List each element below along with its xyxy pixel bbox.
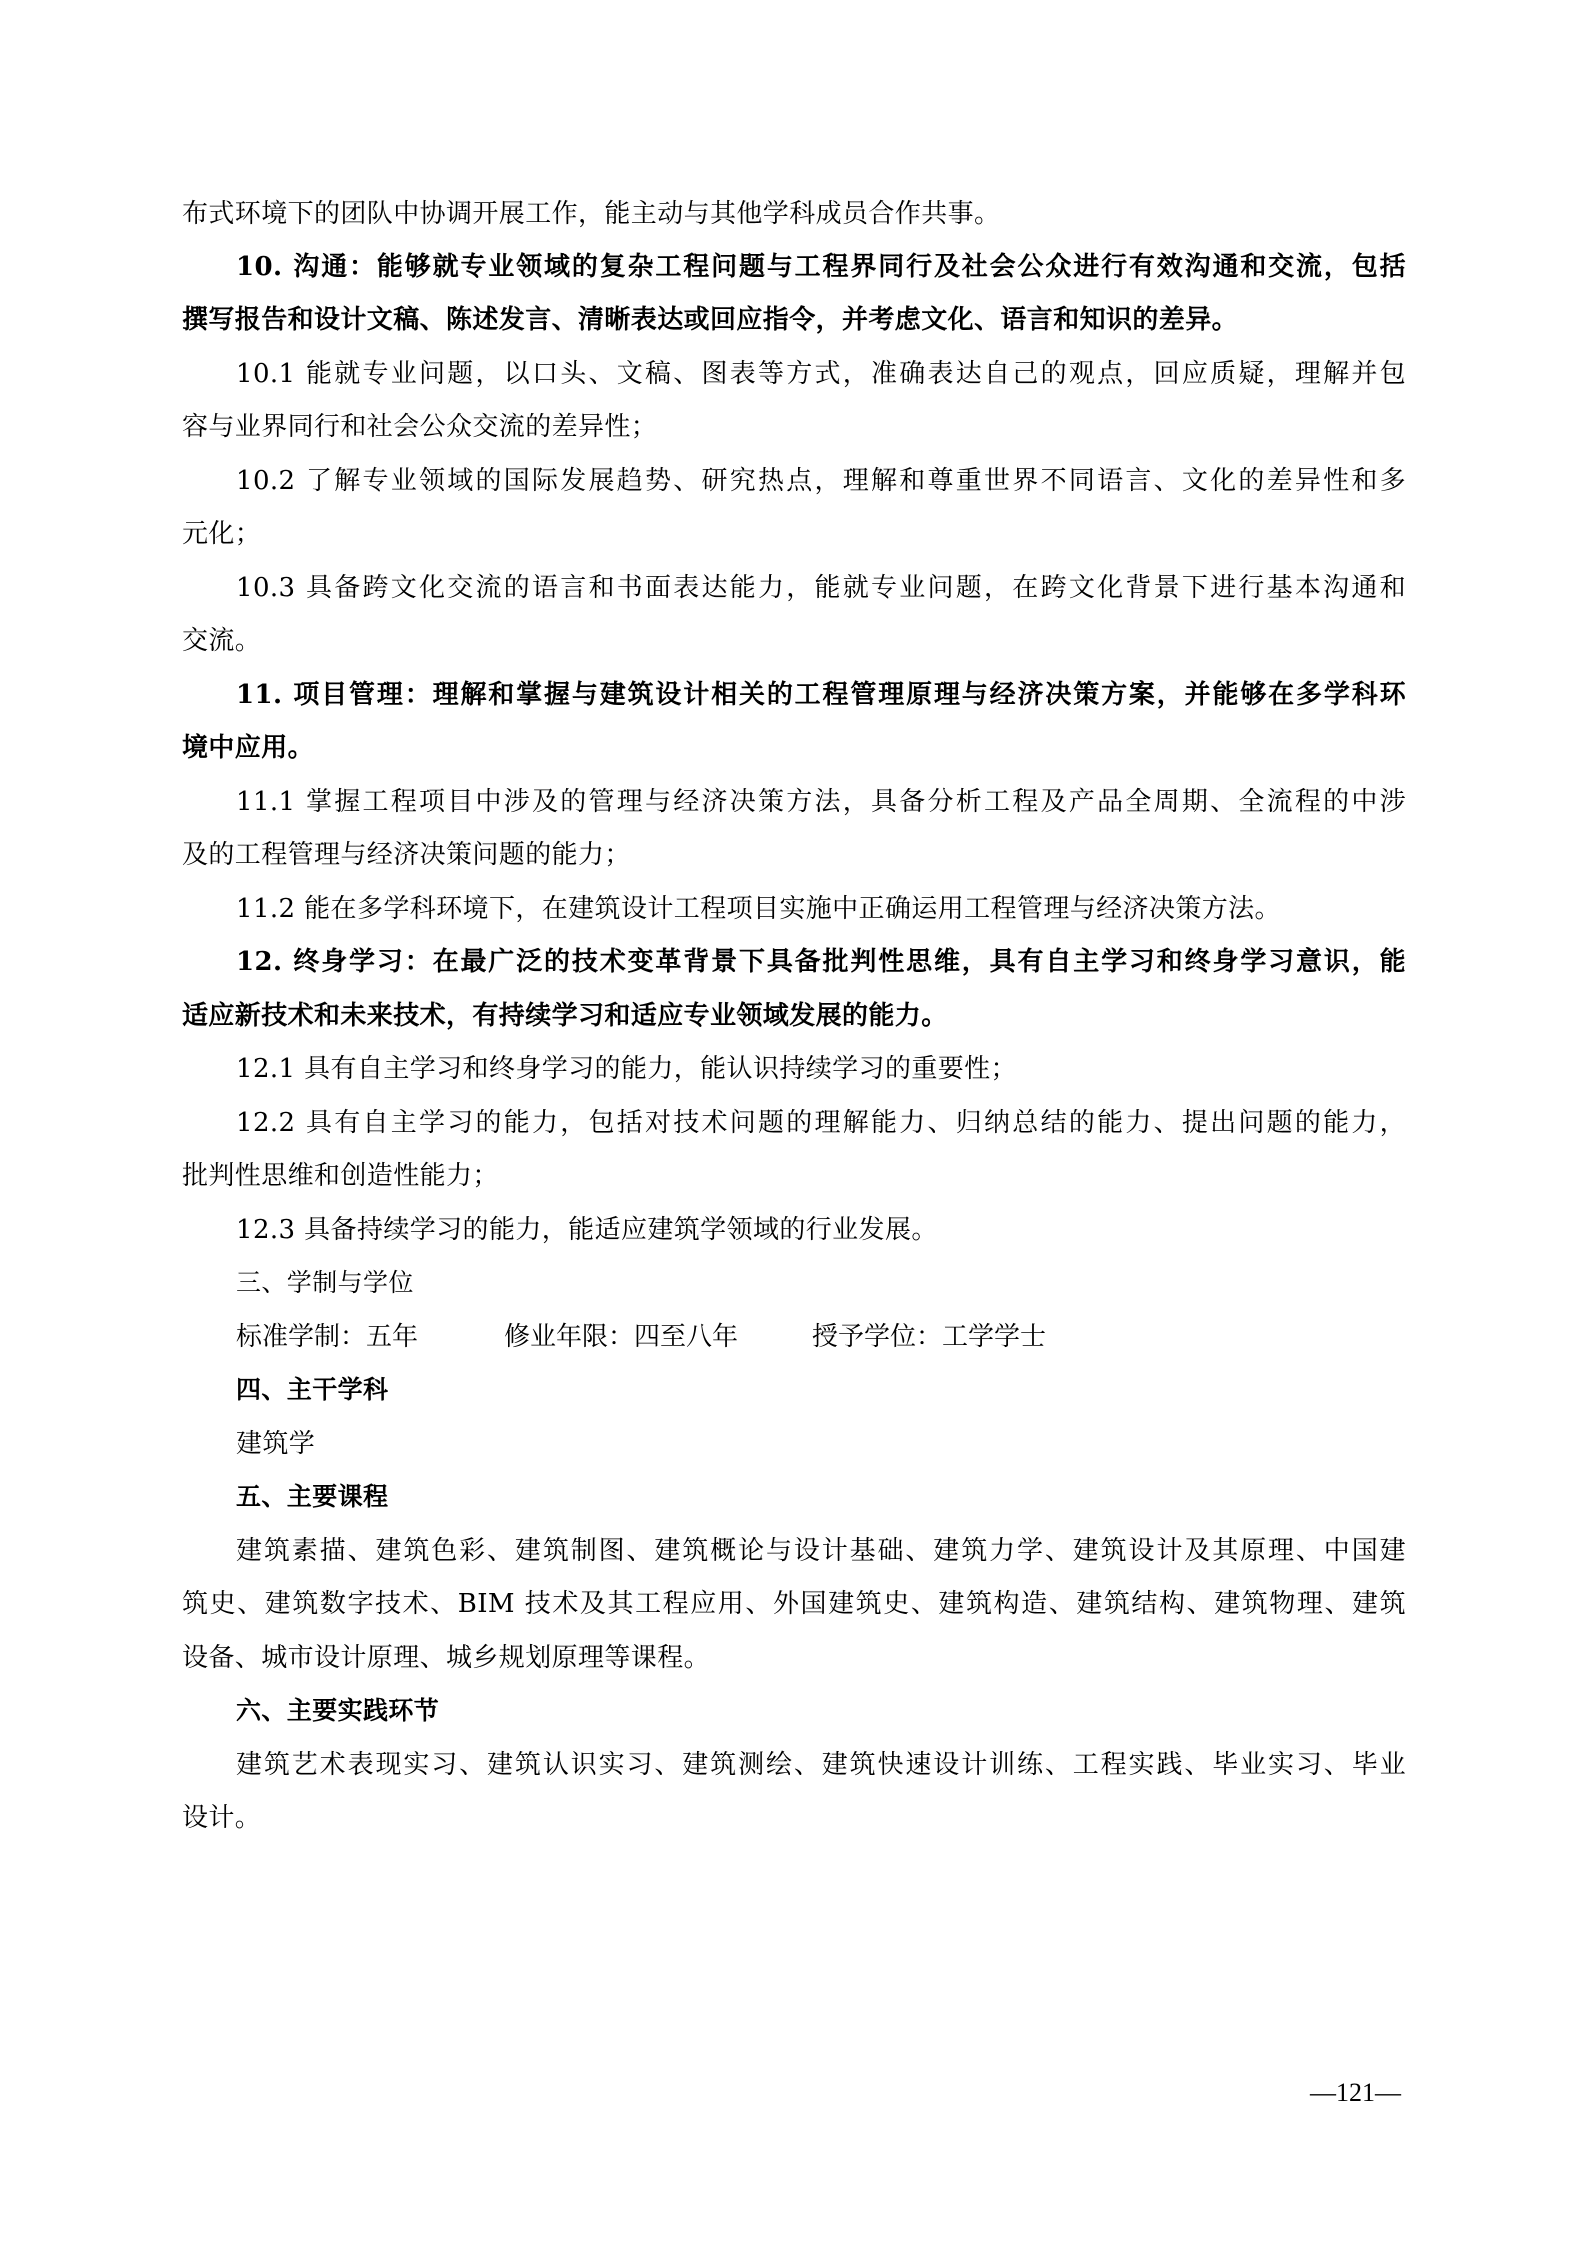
requirement-10-heading-line-2: 撰写报告和设计文稿、陈述发言、清晰表达或回应指令，并考虑文化、语言和知识的差异。 <box>182 300 1406 340</box>
requirement-10-1-line-1: 10.1 能就专业问题，以口头、文稿、图表等方式，准确表达自己的观点，回应质疑，… <box>236 354 1406 394</box>
requirement-12-2-line-1: 12.2 具有自主学习的能力，包括对技术问题的理解能力、归纳总结的能力、提出问题… <box>236 1103 1406 1143</box>
requirement-10-1-line-2: 容与业界同行和社会公众交流的差异性； <box>182 407 1406 447</box>
section-3-heading: 三、学制与学位 <box>236 1263 1406 1303</box>
requirement-10-heading-line-1: 10. 沟通：能够就专业领域的复杂工程问题与工程界同行及社会公众进行有效沟通和交… <box>236 247 1406 287</box>
section-5-heading: 五、主要课程 <box>236 1477 1406 1517</box>
requirement-10-3-line-2: 交流。 <box>182 621 1406 661</box>
requirement-10-3-line-1: 10.3 具备跨文化交流的语言和书面表达能力，能就专业问题，在跨文化背景下进行基… <box>236 568 1406 608</box>
page-number: —121— <box>1310 2076 1401 2110</box>
requirement-10-2-line-1: 10.2 了解专业领域的国际发展趋势、研究热点，理解和尊重世界不同语言、文化的差… <box>236 461 1406 501</box>
requirement-12-3-line-1: 12.3 具备持续学习的能力，能适应建筑学领域的行业发展。 <box>236 1210 1406 1250</box>
practice-line-1: 建筑艺术表现实习、建筑认识实习、建筑测绘、建筑快速设计训练、工程实践、毕业实习、… <box>236 1745 1406 1785</box>
courses-line-1: 建筑素描、建筑色彩、建筑制图、建筑概论与设计基础、建筑力学、建筑设计及其原理、中… <box>236 1531 1406 1571</box>
study-period: 修业年限：四至八年 <box>504 1317 738 1357</box>
requirement-12-heading-line-1: 12. 终身学习：在最广泛的技术变革背景下具备批判性思维，具有自主学习和终身学习… <box>236 942 1406 982</box>
requirement-11-2-line-1: 11.2 能在多学科环境下，在建筑设计工程项目实施中正确运用工程管理与经济决策方… <box>236 889 1406 929</box>
paragraph-line: 布式环境下的团队中协调开展工作，能主动与其他学科成员合作共事。 <box>182 194 1406 234</box>
section-4-heading: 四、主干学科 <box>236 1370 1406 1410</box>
requirement-11-heading-line-2: 境中应用。 <box>182 728 1406 768</box>
requirement-11-1-line-2: 及的工程管理与经济决策问题的能力； <box>182 835 1406 875</box>
courses-line-3: 设备、城市设计原理、城乡规划原理等课程。 <box>182 1638 1406 1678</box>
document-page: 布式环境下的团队中协调开展工作，能主动与其他学科成员合作共事。 10. 沟通：能… <box>0 0 1586 2245</box>
degree-awarded: 授予学位：工学学士 <box>812 1317 1046 1357</box>
requirement-12-heading-line-2: 适应新技术和未来技术，有持续学习和适应专业领域发展的能力。 <box>182 996 1406 1036</box>
requirement-12-1-line-1: 12.1 具有自主学习和终身学习的能力，能认识持续学习的重要性； <box>236 1049 1406 1089</box>
section-4-content: 建筑学 <box>236 1424 1406 1464</box>
degree-info-row: 标准学制：五年 修业年限：四至八年 授予学位：工学学士 <box>236 1317 1406 1357</box>
requirement-10-2-line-2: 元化； <box>182 514 1406 554</box>
requirement-11-heading-line-1: 11. 项目管理：理解和掌握与建筑设计相关的工程管理原理与经济决策方案，并能够在… <box>236 675 1406 715</box>
requirement-11-1-line-1: 11.1 掌握工程项目中涉及的管理与经济决策方法，具备分析工程及产品全周期、全流… <box>236 782 1406 822</box>
practice-line-2: 设计。 <box>182 1798 1406 1838</box>
section-6-heading: 六、主要实践环节 <box>236 1691 1406 1731</box>
courses-line-2: 筑史、建筑数字技术、BIM 技术及其工程应用、外国建筑史、建筑构造、建筑结构、建… <box>182 1584 1406 1624</box>
standard-duration: 标准学制：五年 <box>236 1317 418 1357</box>
requirement-12-2-line-2: 批判性思维和创造性能力； <box>182 1156 1406 1196</box>
